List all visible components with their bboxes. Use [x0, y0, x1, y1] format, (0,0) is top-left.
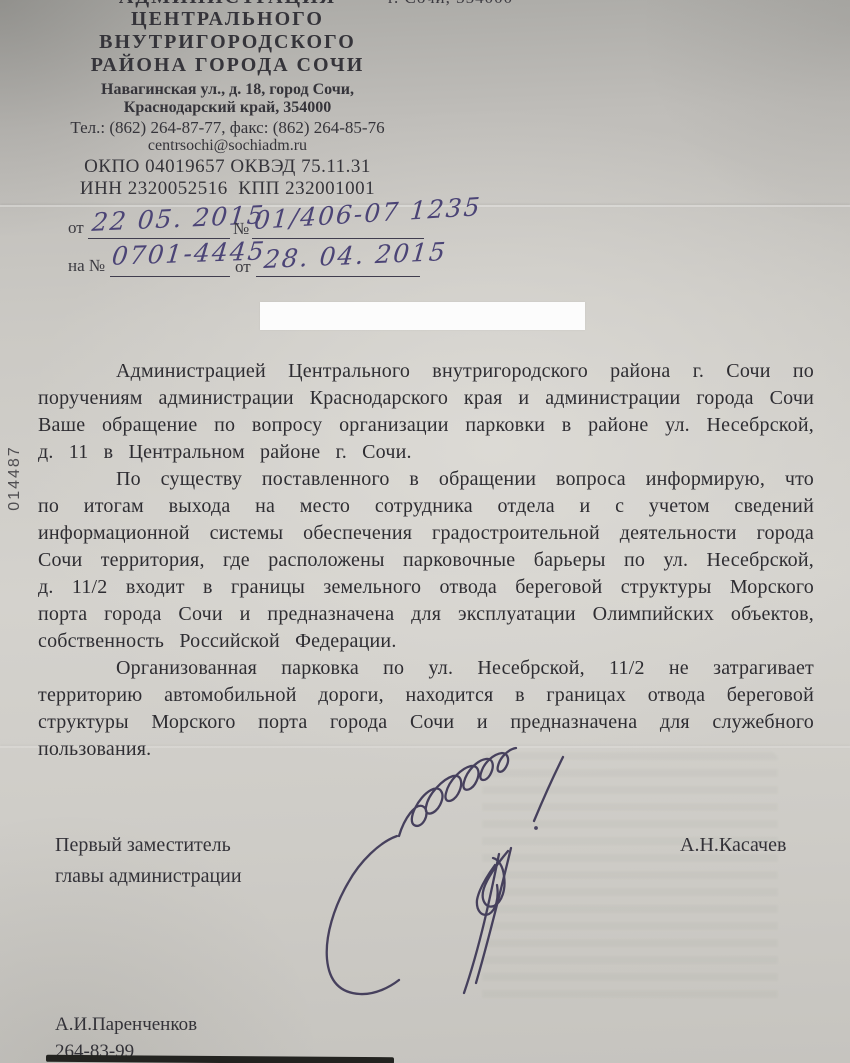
paragraph-1: Администрацией Центрального внутригородс…: [38, 358, 814, 466]
handwritten-reply-date: 28. 04. 2015: [263, 237, 449, 274]
inn-kpp-line: ИНН 2320052516 КПП 232001001: [55, 178, 400, 200]
org-name-clipped: АДМИНИСТРАЦИЯ: [55, 0, 400, 8]
phone-fax-line: Тел.: (862) 264-87-77, факс: (862) 264-8…: [55, 118, 400, 137]
document-scan: АДМИНИСТРАЦИЯ ЦЕНТРАЛЬНОГО ВНУТРИГОРОДСК…: [0, 0, 850, 1063]
letter-body: Администрацией Центрального внутригородс…: [38, 358, 814, 763]
photo-background-edge: [46, 1055, 394, 1063]
okpo-okved-line: ОКПО 04019657 ОКВЭД 75.11.31: [55, 156, 400, 178]
org-name-line-2: ВНУТРИГОРОДСКОГО: [55, 31, 400, 54]
top-right-clipped-text: г. Сочи, 354000: [388, 0, 608, 8]
paragraph-2: По существу поставленного в обращении во…: [38, 466, 814, 655]
ref-from-label: от: [68, 218, 84, 238]
address-line-1: Навагинская ул., д. 18, город Сочи,: [55, 80, 400, 99]
reply-ref-label: на №: [68, 256, 105, 276]
email-line: centrsochi@sochiadm.ru: [55, 137, 400, 154]
signer-title-line-1: Первый заместитель: [55, 830, 242, 861]
redaction-bar: [260, 302, 585, 330]
signer-title: Первый заместитель главы администрации: [55, 830, 242, 892]
letterhead: АДМИНИСТРАЦИЯ ЦЕНТРАЛЬНОГО ВНУТРИГОРОДСК…: [55, 0, 400, 200]
signer-title-line-2: главы администрации: [55, 861, 242, 892]
org-name-line-1: ЦЕНТРАЛЬНОГО: [55, 8, 400, 31]
form-serial-number: 014487: [6, 428, 26, 528]
reply-from-label: от: [235, 257, 251, 277]
signer-name: А.Н.Касачев: [680, 834, 786, 857]
signature-ink: [300, 735, 580, 1035]
executor-name: А.И.Паренченков: [55, 1011, 197, 1038]
org-name-line-3: РАЙОНА ГОРОДА СОЧИ: [55, 54, 400, 77]
address-line-2: Краснодарский край, 354000: [55, 99, 400, 117]
